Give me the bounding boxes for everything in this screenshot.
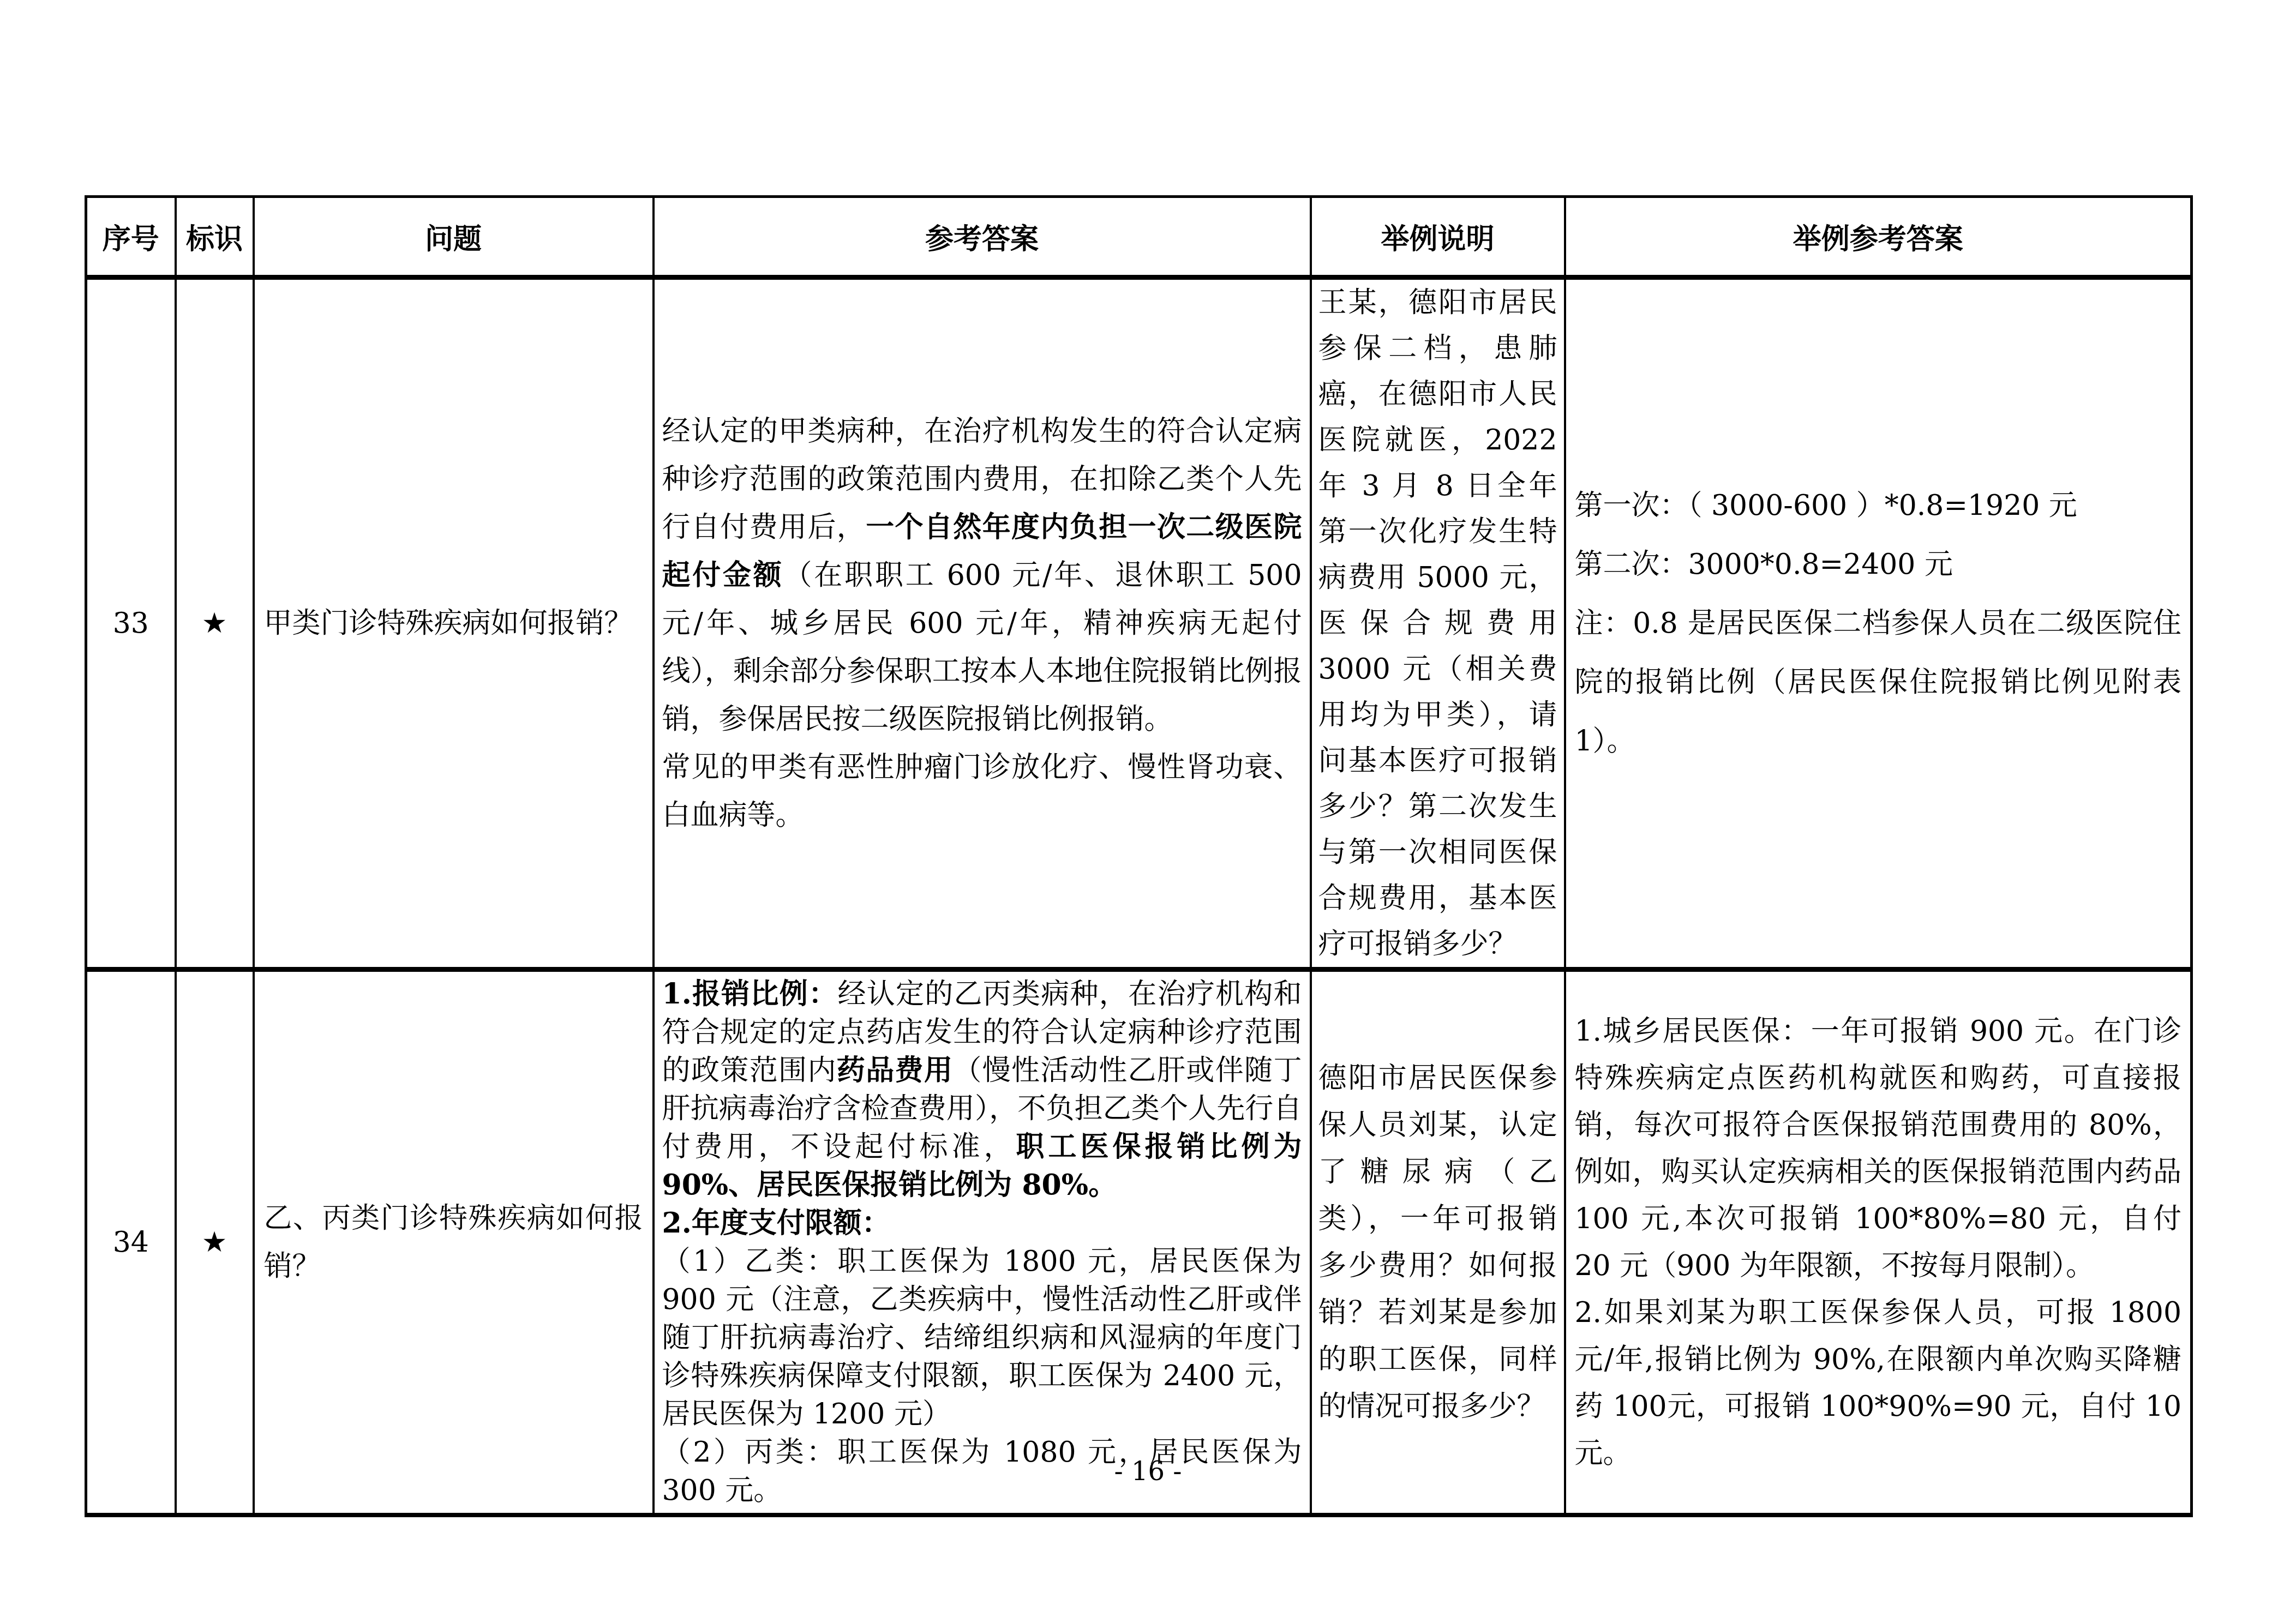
row-33-number: 33 [86,278,176,970]
row-34-answer-cell: 1.报销比例：经认定的乙丙类病种，在治疗机构和符合规定的定点药店发生的符合认定病… [654,970,1311,1516]
table-row-34: 34 ★ 乙、丙类门诊特殊疾病如何报销？ 1.报销比例：经认定的乙丙类病种，在治… [86,970,2192,1516]
table-row-33: 33 ★ 甲类门诊特殊疾病如何报销？ 经认定的甲类病种，在治疗机构发生的符合认定… [86,278,2192,970]
header-example-answer: 举例参考答案 [1565,197,2192,278]
header-no: 序号 [86,197,176,278]
header-row: 序号 标识 问题 参考答案 举例说明 举例参考答案 [86,197,2192,278]
row-34-example-answer-cell: 1.城乡居民医保：一年可报销 900 元。在门诊特殊疾病定点医药机构就医和购药，… [1565,970,2192,1516]
header-question: 问题 [254,197,654,278]
row-34-question-text: 乙、丙类门诊特殊疾病如何报销？ [264,1194,643,1290]
row-33-question-text: 甲类门诊特殊疾病如何报销？ [264,599,643,647]
header-example: 举例说明 [1311,197,1565,278]
document-page: 序号 标识 问题 参考答案 举例说明 举例参考答案 33 ★ 甲类门诊特殊疾病如… [0,0,2296,1623]
row-33-star-icon: ★ [176,278,254,970]
row-33-example-cell: 王某，德阳市居民参保二档，患肺癌，在德阳市人民医院就医，2022 年 3 月 8… [1311,278,1565,970]
row-34-question-cell: 乙、丙类门诊特殊疾病如何报销？ [254,970,654,1516]
row-33-answer-cell: 经认定的甲类病种，在治疗机构发生的符合认定病种诊疗范围的政策范围内费用，在扣除乙… [654,278,1311,970]
row-34-star-icon: ★ [176,970,254,1516]
row-33-example-answer-cell: 第一次：（ 3000-600 ）*0.8=1920 元第二次：3000*0.8=… [1565,278,2192,970]
row-34-example-cell: 德阳市居民医保参保人员刘某，认定了糖尿病（乙类），一年可报销多少费用？如何报销？… [1311,970,1565,1516]
header-mark: 标识 [176,197,254,278]
qa-table: 序号 标识 问题 参考答案 举例说明 举例参考答案 33 ★ 甲类门诊特殊疾病如… [85,195,2193,1517]
row-34-number: 34 [86,970,176,1516]
header-answer: 参考答案 [654,197,1311,278]
page-number: - 16 - [0,1455,2296,1488]
row-33-question-cell: 甲类门诊特殊疾病如何报销？ [254,278,654,970]
